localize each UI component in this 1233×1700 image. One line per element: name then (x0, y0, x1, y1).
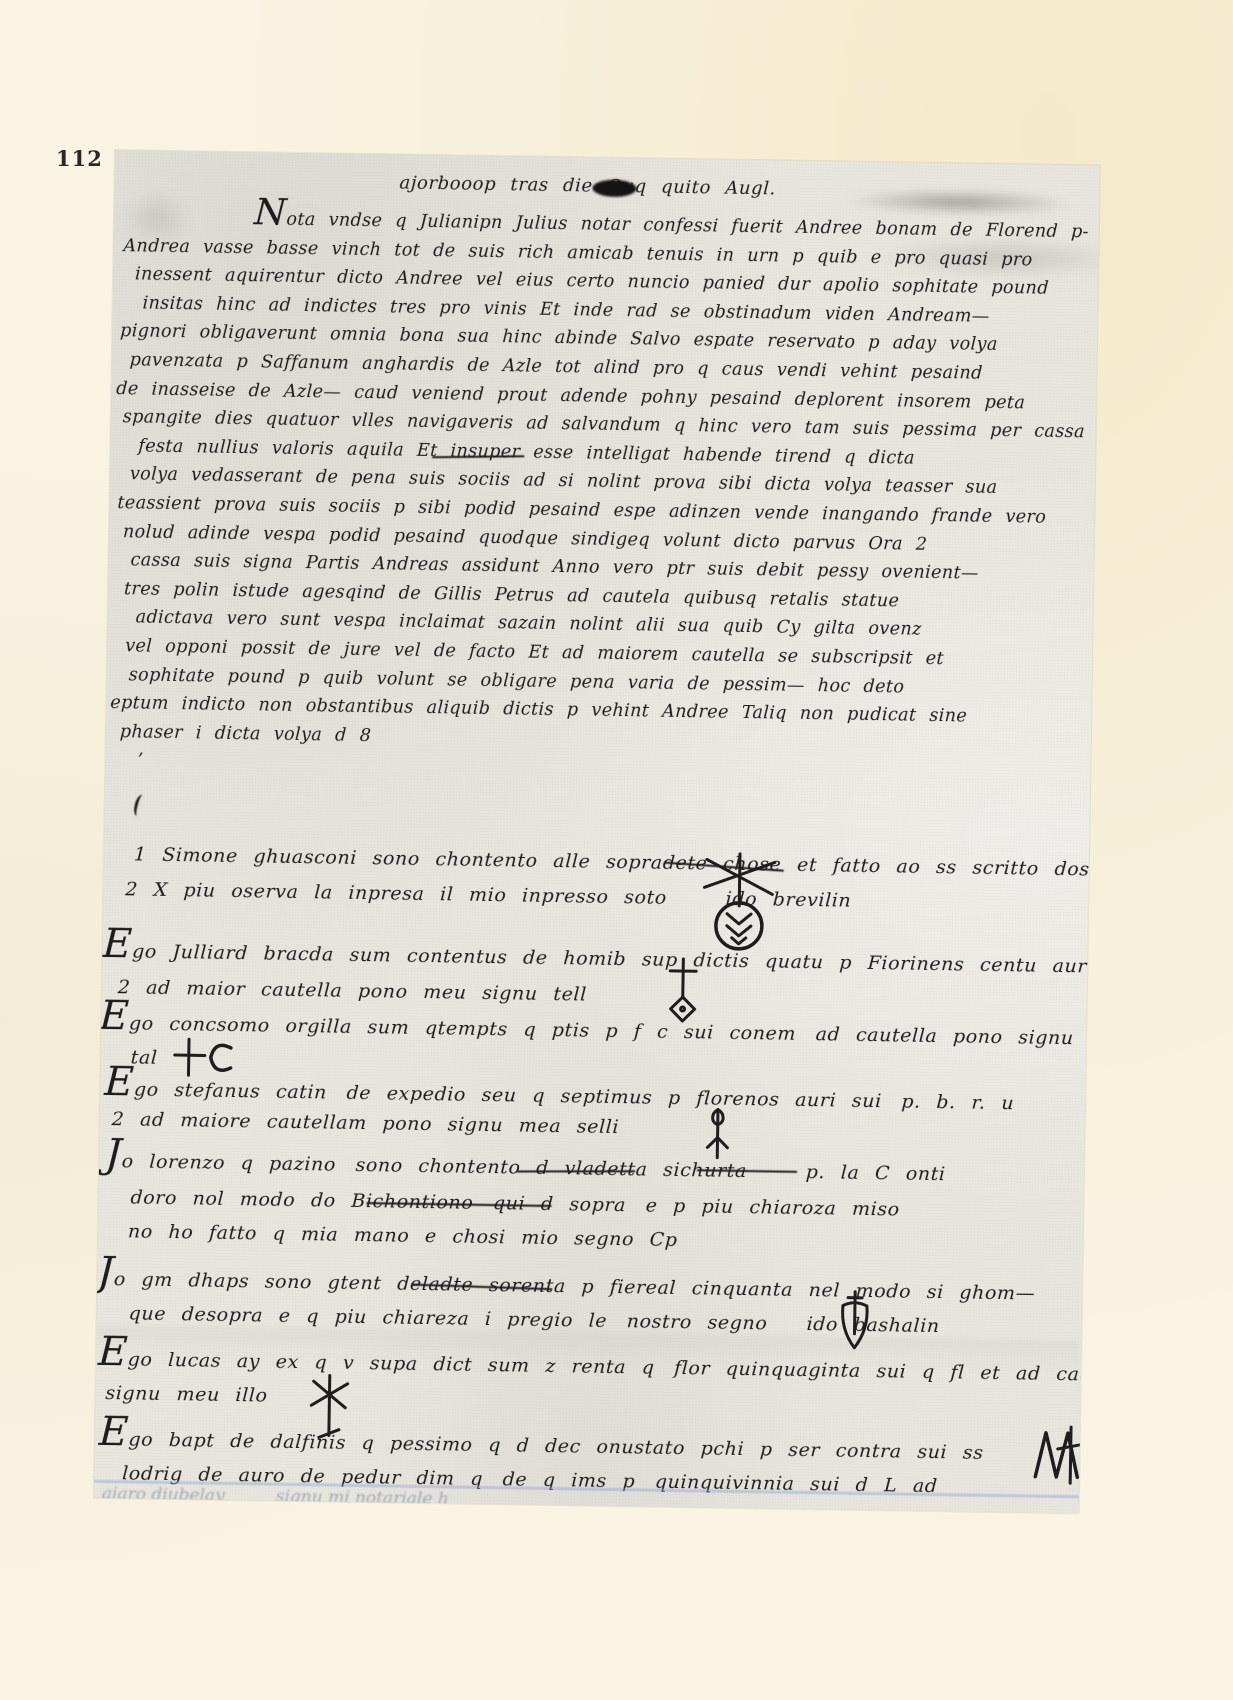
notarial-sign-shield-cross-icon (831, 1289, 878, 1354)
signature-line: no ho fatto q mia mano e chosi mio segno… (127, 1220, 678, 1251)
signature-line: 2 ad maior cautella pono meu signu tell (117, 976, 587, 1005)
manuscript-line: teassient prova suis sociis p sibi podid… (117, 493, 1047, 528)
signature-line: Ego lucas ay ex q v supa dict sum z rent… (97, 1348, 1099, 1387)
manuscript-line: sophitate pound p quib volunt se obligar… (128, 665, 905, 697)
manuscript-line: festa nullius valoris aquila Et insuper … (138, 436, 916, 468)
signature-line: Ego stefanus catin de expedio seu q sept… (104, 1078, 1015, 1114)
manuscript-line: phaser i dicta volya d 8 (119, 722, 371, 746)
notarial-sign-staff-loop-icon (699, 1105, 736, 1164)
manuscript-line: tres polin istude agesqind de Gillis Pet… (124, 579, 900, 611)
manuscript-line: inessent aquirentur dicto Andree vel eiu… (135, 264, 1050, 298)
notarial-sign-monogram-icon (1029, 1425, 1084, 1488)
ink-blot (592, 180, 636, 198)
manuscript-line: vel opponi possit de jure vel de facto E… (125, 636, 945, 669)
manuscript-header-line: ajorbooop tras die Ouq quito Augl. (399, 172, 776, 199)
ghost-show-through-line: aiaro diubelay signu mi notariale h (101, 1484, 449, 1509)
ink-smudge (844, 187, 1074, 217)
strikethrough-mark (517, 1170, 635, 1172)
manuscript-line: nolud adinde vespa podid pesaind quodque… (122, 522, 927, 555)
manuscript-line: eptum indicto non obstantibus aliquib di… (110, 693, 968, 726)
manuscript-line: volya vedasserant de pena suis sociis ad… (129, 464, 997, 498)
manuscript-line: insitas hinc ad indictes tres pro vinis … (142, 293, 990, 326)
signature-line: Jo gm dhaps sono gtent deladte sorenta p… (97, 1268, 1036, 1305)
signature-line: Ego Julliard bracda sum contentus de hom… (102, 940, 1095, 978)
manuscript-line: Nota vndse q Julianipn Julius notar conf… (253, 209, 1099, 243)
manuscript-line: ’ (137, 750, 144, 770)
notarial-sign-cross-and-c-icon (170, 1033, 237, 1082)
page-number: 112 (56, 146, 103, 171)
manuscript-line: spangite dies quatuor vlles navigaveris … (122, 407, 1085, 442)
manuscript-photo: ajorbooop tras die Ouq quito Augl. Nota … (94, 150, 1100, 1513)
signature-line: Jo lorenzo q pazino sono chontento d vla… (105, 1150, 947, 1185)
manuscript-line: pavenzata p Saffanum anghardis de Azle t… (129, 350, 983, 383)
signature-line: 2 ad maiore cautellam pono signu mea sel… (111, 1108, 619, 1138)
signature-line: Ego concsomo orgilla sum qtempts q ptis … (99, 1012, 1100, 1050)
signature-line: 1 Simone ghuasconi sono chontento alle s… (133, 843, 1090, 880)
signature-line: doro nol modo do Bichontiono qui d sopra… (130, 1186, 900, 1220)
manuscript-line: adictava vero sunt vespa inclaimat sazai… (135, 607, 922, 639)
signature-line: signu meu illo (105, 1382, 268, 1407)
stray-pen-mark (132, 794, 147, 818)
signature-line: Ego bapt de dalfinis q pessimo q d dec o… (98, 1428, 984, 1464)
manuscript-line: Andrea vasse basse vinch tot de suis ric… (123, 236, 1033, 270)
manuscript-line: de inasseise de Azle— caud veniend prout… (116, 379, 1026, 413)
notarial-sign-cross-diamond-icon (661, 957, 704, 1026)
signature-line: que desopra e q piu chiareza i pregio le… (128, 1302, 940, 1337)
manuscript-line: cassa suis signa Partis Andreas assidunt… (130, 550, 979, 583)
manuscript-line: pignori obligaverunt omnia bona sua hinc… (120, 321, 999, 355)
